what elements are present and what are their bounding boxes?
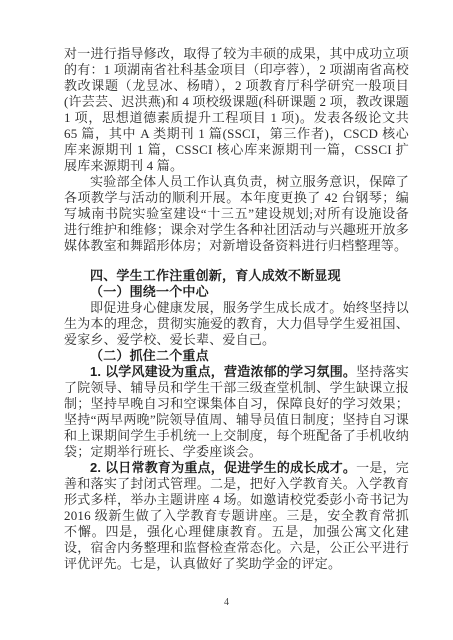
text-block: 对一进行指导修改，取得了较为丰硕的成果，其中成功立项的有：1 项湖南省社科基金项… [64, 46, 409, 572]
subheading-one-center: （一）围绕一个中心 [64, 284, 409, 300]
body-paragraph-research-results: 对一进行指导修改，取得了较为丰硕的成果，其中成功立项的有：1 项湖南省社科基金项… [64, 46, 409, 174]
section-heading-student-work: 四、学生工作注重创新，育人成效不断显现 [64, 268, 409, 284]
point2-body-text: 一是，完善和落实了封闭式管理。二是，把好入学教育关。入学教育形式多样，举办主题讲… [64, 460, 409, 571]
point2-bold-lead: 2. 以日常教育为重点，促进学生的成长成才。 [90, 460, 356, 475]
point1-bold-lead: 1. 以学风建设为重点，营造浓郁的学习氛围。 [90, 364, 356, 379]
body-paragraph-point2: 2. 以日常教育为重点，促进学生的成长成才。一是，完善和落实了封闭式管理。二是，… [64, 460, 409, 572]
document-page: 对一进行指导修改，取得了较为丰硕的成果，其中成功立项的有：1 项湖南省社科基金项… [0, 0, 453, 640]
body-paragraph-one-center: 即促进身心健康发展，服务学生成长成才。始终坚持以生为本的理念，贯彻实施爱的教育，… [64, 300, 409, 348]
body-paragraph-lab-work: 实验部全体人员工作认真负责，树立服务意识，保障了各项教学与活动的顺利开展。本年度… [64, 174, 409, 254]
page-number: 4 [224, 597, 229, 608]
body-paragraph-point1: 1. 以学风建设为重点，营造浓郁的学习氛围。坚持落实了院领导、辅导员和学生干部三… [64, 364, 409, 460]
page-footer: 4 [0, 592, 453, 610]
subheading-two-priorities: （二）抓住二个重点 [64, 348, 409, 364]
